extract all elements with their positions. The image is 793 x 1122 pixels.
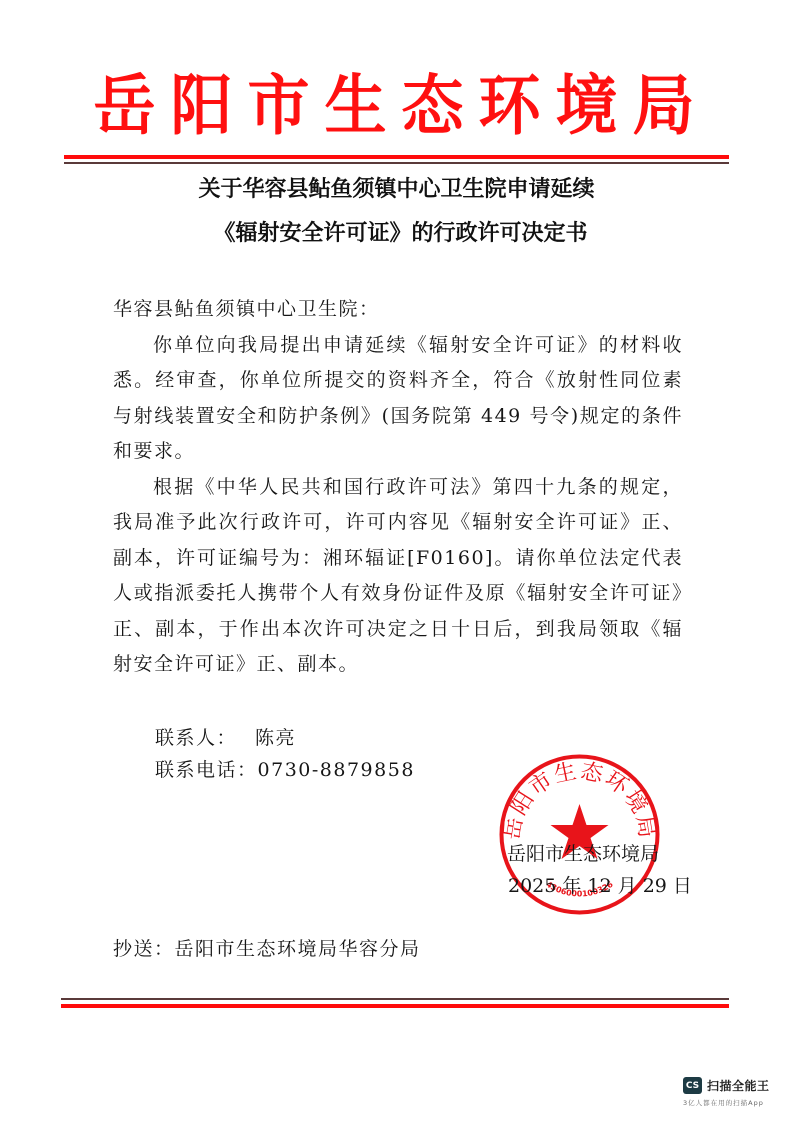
header-rule-red — [64, 155, 729, 159]
signature-org: 岳阳市生态环境局 — [507, 838, 692, 870]
camscanner-logo-icon: CS — [683, 1077, 702, 1094]
contact-person-value: 陈亮 — [255, 722, 296, 754]
heading-line-2: 《辐射安全许可证》的行政许可决定书 — [0, 212, 793, 256]
footer-rule-dark — [61, 998, 729, 1000]
header-rule-dark — [64, 162, 729, 164]
letterhead: 岳阳市生态环境局 — [0, 68, 793, 144]
body-paragraph: 你单位向我局提出申请延续《辐射安全许可证》的材料收悉。经审查，你单位所提交的资料… — [113, 328, 683, 470]
heading-line-1: 关于华容县鲇鱼须镇中心卫生院申请延续 — [0, 168, 793, 212]
salutation: 华容县鲇鱼须镇中心卫生院： — [113, 292, 683, 328]
document-page: 岳阳市生态环境局 关于华容县鲇鱼须镇中心卫生院申请延续 《辐射安全许可证》的行政… — [0, 0, 793, 1122]
signature-date: 2025 年 12 月 29 日 — [507, 870, 692, 902]
watermark-tagline: 3亿人都在用的扫描App — [683, 1098, 788, 1107]
watermark-app-name: 扫描全能王 — [707, 1077, 770, 1094]
footer-rule-red — [61, 1004, 729, 1008]
contact-phone-value: 0730-8879858 — [258, 754, 415, 786]
contact-person-label: 联系人： — [155, 722, 237, 754]
document-body: 华容县鲇鱼须镇中心卫生院： 你单位向我局提出申请延续《辐射安全许可证》的材料收悉… — [113, 292, 683, 683]
carbon-copy: 抄送：岳阳市生态环境局华容分局 — [113, 933, 421, 965]
letterhead-title: 岳阳市生态环境局 — [93, 66, 709, 146]
contact-block: 联系人： 陈亮 联系电话： 0730-8879858 — [155, 722, 415, 786]
contact-phone-label: 联系电话： — [155, 754, 258, 786]
document-heading: 关于华容县鲇鱼须镇中心卫生院申请延续 《辐射安全许可证》的行政许可决定书 — [0, 168, 793, 256]
signature-block: 岳阳市生态环境局 2025 年 12 月 29 日 — [507, 838, 692, 902]
scanner-watermark: CS 扫描全能王 3亿人都在用的扫描App — [683, 1077, 788, 1107]
body-paragraph: 根据《中华人民共和国行政许可法》第四十九条的规定，我局准予此次行政许可，许可内容… — [113, 470, 683, 683]
